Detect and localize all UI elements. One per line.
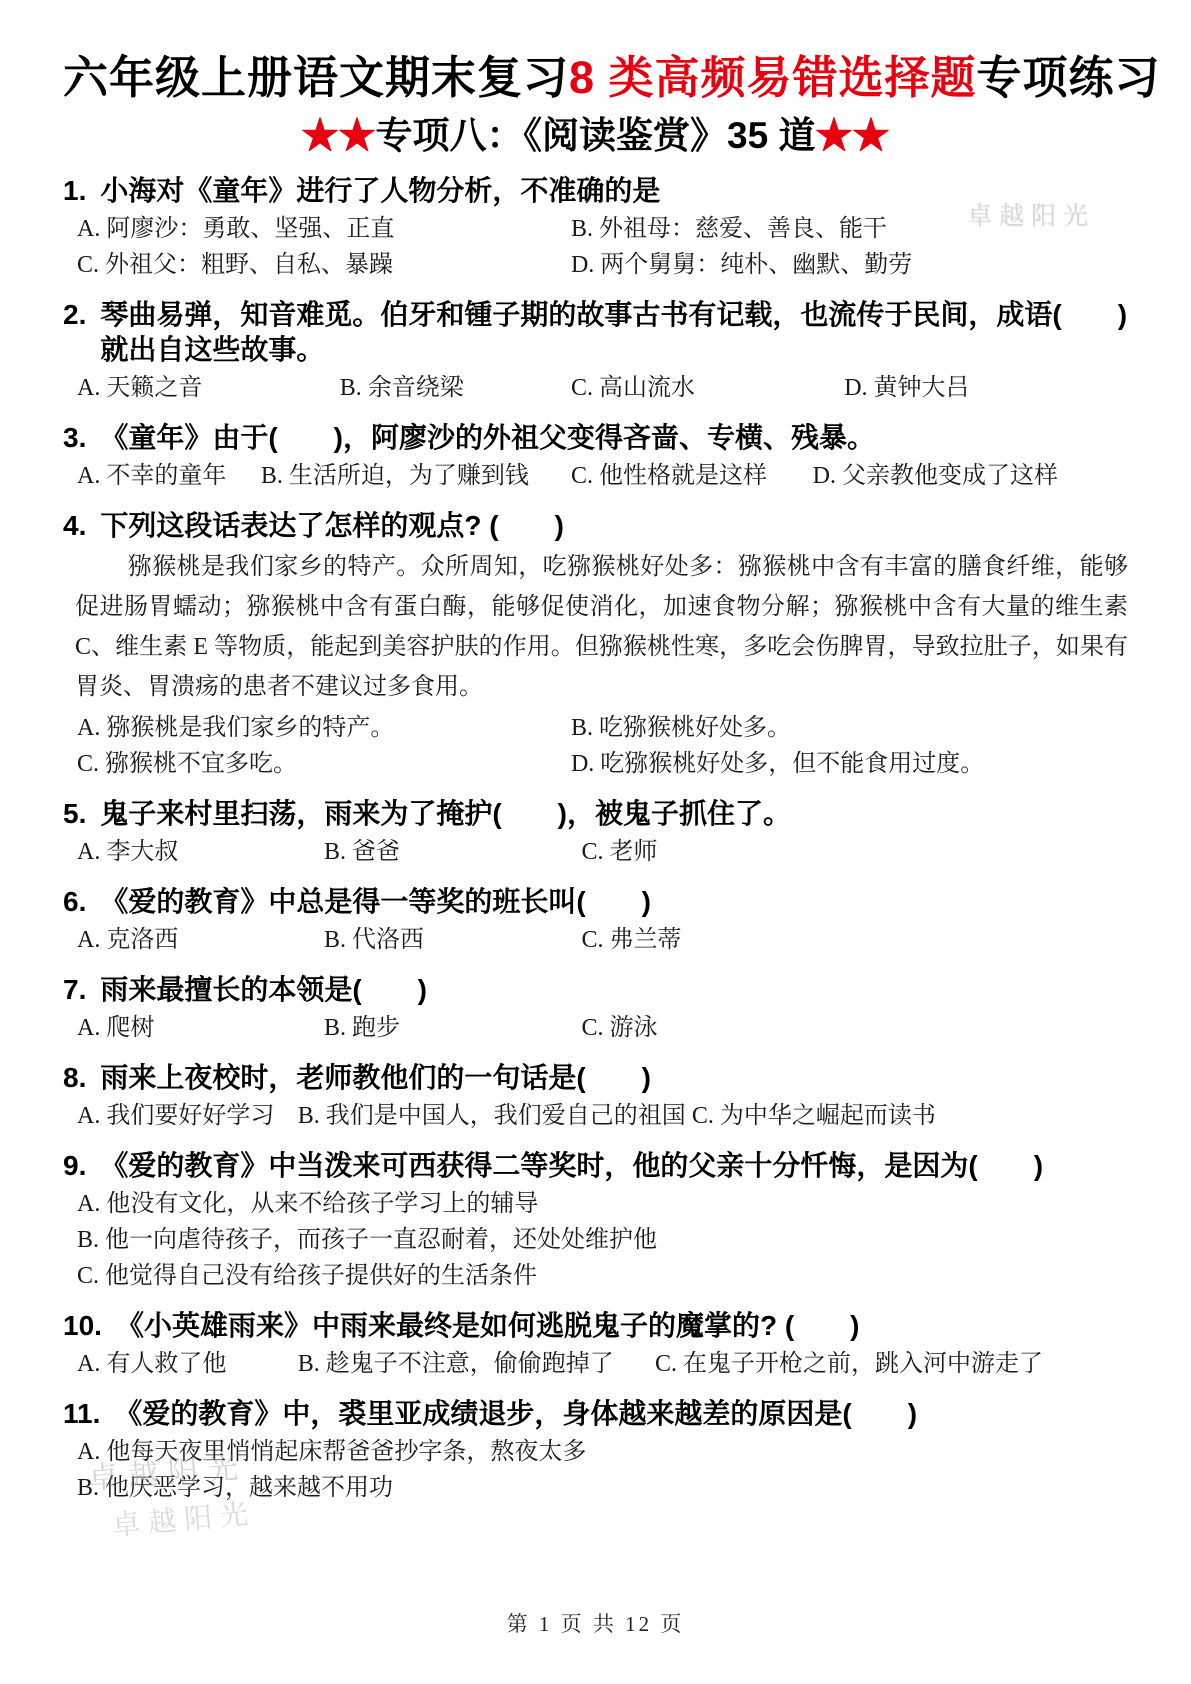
title-part3: 专项练习 [977, 52, 1161, 103]
option-c: C. 他觉得自己没有给孩子提供好的生活条件 [77, 1258, 1128, 1294]
question-text: 琴曲易弹，知音难觅。伯牙和锺子期的故事古书有记载，也流传于民间，成语( )就出自… [100, 297, 1128, 367]
option-a: A. 不幸的童年 [77, 458, 261, 494]
option-c: C. 高山流水 [571, 370, 844, 406]
question-6: 6. 《爱的教育》中总是得一等奖的班长叫( ) A. 克洛西 B. 代洛西 C.… [63, 884, 1128, 958]
question-number: 5. [63, 796, 86, 831]
question-stem: 9. 《爱的教育》中当泼来可西获得二等奖时，他的父亲十分忏悔，是因为( ) [63, 1148, 1128, 1183]
options-list: A. 有人救了他 B. 趁鬼子不注意，偷偷跑掉了 C. 在鬼子开枪之前，跳入河中… [77, 1346, 1128, 1382]
options-list: A. 爬树 B. 跑步 C. 游泳 [77, 1010, 1128, 1046]
question-text: 《爱的教育》中，裘里亚成绩退步，身体越来越差的原因是( ) [114, 1396, 1128, 1431]
reading-passage: 猕猴桃是我们家乡的特产。众所周知，吃猕猴桃好处多：猕猴桃中含有丰富的膳食纤维，能… [75, 547, 1128, 707]
option-a: A. 猕猴桃是我们家乡的特产。 [77, 710, 571, 746]
question-stem: 5. 鬼子来村里扫荡，雨来为了掩护( )，被鬼子抓住了。 [63, 796, 1128, 831]
option-d: D. 两个舅舅：纯朴、幽默、勤劳 [571, 247, 1128, 283]
option-b: B. 跑步 [324, 1010, 581, 1046]
option-a: A. 他没有文化，从来不给孩子学习上的辅导 [77, 1186, 1128, 1222]
question-2: 2. 琴曲易弹，知音难觅。伯牙和锺子期的故事古书有记载，也流传于民间，成语( )… [63, 297, 1128, 406]
subtitle-text: 专项八：《阅读鉴赏》35 道 [376, 115, 816, 156]
option-b: B. 他一向虐待孩子，而孩子一直忍耐着，还处处维护他 [77, 1222, 1128, 1258]
question-stem: 10. 《小英雄雨来》中雨来最终是如何逃脱鬼子的魔掌的? ( ) [63, 1308, 1128, 1343]
question-text-line1: 琴曲易弹，知音难觅。伯牙和锺子期的故事古书有记载，也流传于民间，成语( ) [100, 299, 1127, 330]
options-list: A. 李大叔 B. 爸爸 C. 老师 [77, 834, 1128, 870]
question-number: 7. [63, 972, 86, 1007]
option-d: D. 吃猕猴桃好处多，但不能食用过度。 [571, 746, 1128, 782]
option-b: B. 趁鬼子不注意，偷偷跑掉了 [298, 1346, 655, 1382]
page-number-footer: 第 1 页 共 12 页 [0, 1608, 1191, 1638]
question-number: 6. [63, 884, 86, 919]
stars-right-icon: ★★ [815, 115, 889, 156]
question-text: 雨来上夜校时，老师教他们的一句话是( ) [100, 1060, 1128, 1095]
option-c: C. 外祖父：粗野、自私、暴躁 [77, 247, 571, 283]
worksheet-page: { "colors": { "accent_red": "#e8000f", "… [0, 0, 1191, 1684]
question-stem: 2. 琴曲易弹，知音难觅。伯牙和锺子期的故事古书有记载，也流传于民间，成语( )… [63, 297, 1128, 367]
question-text-line2: 就出自这些故事。 [100, 332, 1128, 367]
question-text: 《爱的教育》中总是得一等奖的班长叫( ) [100, 884, 1128, 919]
option-b: B. 生活所迫，为了赚到钱 [261, 458, 571, 494]
stars-left-icon: ★★ [302, 115, 376, 156]
question-number: 8. [63, 1060, 86, 1095]
option-a: A. 克洛西 [77, 922, 324, 958]
question-text: 《爱的教育》中当泼来可西获得二等奖时，他的父亲十分忏悔，是因为( ) [100, 1148, 1128, 1183]
question-text: 《小英雄雨来》中雨来最终是如何逃脱鬼子的魔掌的? ( ) [116, 1308, 1128, 1343]
option-d: D. 父亲教他变成了这样 [813, 458, 1128, 494]
question-number: 3. [63, 420, 86, 455]
question-3: 3. 《童年》由于( )，阿廖沙的外祖父变得吝啬、专横、残暴。 A. 不幸的童年… [63, 420, 1128, 494]
question-number: 9. [63, 1148, 86, 1183]
section-subtitle: ★★专项八：《阅读鉴赏》35 道★★ [63, 113, 1128, 159]
option-c: C. 老师 [581, 834, 1128, 870]
question-stem: 6. 《爱的教育》中总是得一等奖的班长叫( ) [63, 884, 1128, 919]
question-number: 11. [63, 1396, 100, 1431]
question-8: 8. 雨来上夜校时，老师教他们的一句话是( ) A. 我们要好好学习 B. 我们… [63, 1060, 1128, 1134]
question-7: 7. 雨来最擅长的本领是( ) A. 爬树 B. 跑步 C. 游泳 [63, 972, 1128, 1046]
option-c: C. 弗兰蒂 [581, 922, 1128, 958]
options-list: A. 猕猴桃是我们家乡的特产。 B. 吃猕猴桃好处多。 C. 猕猴桃不宜多吃。 … [77, 710, 1128, 782]
option-c: C. 他性格就是这样 [571, 458, 813, 494]
question-number: 10. [63, 1308, 102, 1343]
question-number: 1. [63, 173, 86, 208]
option-a: A. 阿廖沙：勇敢、坚强、正直 [77, 211, 571, 247]
options-list: A. 我们要好好学习 B. 我们是中国人，我们爱自己的祖国 C. 为中华之崛起而… [77, 1098, 1128, 1134]
option-a: A. 天籁之音 [77, 370, 340, 406]
options-list: A. 天籁之音 B. 余音绕梁 C. 高山流水 D. 黄钟大吕 [77, 370, 1128, 406]
option-c: C. 游泳 [581, 1010, 1128, 1046]
question-stem: 11. 《爱的教育》中，裘里亚成绩退步，身体越来越差的原因是( ) [63, 1396, 1128, 1431]
question-text: 雨来最擅长的本领是( ) [100, 972, 1128, 1007]
option-c: C. 猕猴桃不宜多吃。 [77, 746, 571, 782]
option-b: B. 吃猕猴桃好处多。 [571, 710, 1128, 746]
option-b: B. 代洛西 [324, 922, 581, 958]
question-text: 《童年》由于( )，阿廖沙的外祖父变得吝啬、专横、残暴。 [100, 420, 1128, 455]
options-list: A. 他没有文化，从来不给孩子学习上的辅导 B. 他一向虐待孩子，而孩子一直忍耐… [77, 1186, 1128, 1294]
question-text: 下列这段话表达了怎样的观点? ( ) [100, 508, 1128, 543]
question-9: 9. 《爱的教育》中当泼来可西获得二等奖时，他的父亲十分忏悔，是因为( ) A.… [63, 1148, 1128, 1294]
question-5: 5. 鬼子来村里扫荡，雨来为了掩护( )，被鬼子抓住了。 A. 李大叔 B. 爸… [63, 796, 1128, 870]
option-b: B. 爸爸 [324, 834, 581, 870]
question-stem: 8. 雨来上夜校时，老师教他们的一句话是( ) [63, 1060, 1128, 1095]
option-b: B. 余音绕梁 [340, 370, 571, 406]
option-a: A. 爬树 [77, 1010, 324, 1046]
options-list: A. 克洛西 B. 代洛西 C. 弗兰蒂 [77, 922, 1128, 958]
watermark-top-right: 卓越阳光 [967, 196, 1095, 232]
option-c: C. 为中华之崛起而读书 [692, 1098, 1128, 1134]
question-10: 10. 《小英雄雨来》中雨来最终是如何逃脱鬼子的魔掌的? ( ) A. 有人救了… [63, 1308, 1128, 1382]
option-b: B. 我们是中国人，我们爱自己的祖国 [298, 1098, 692, 1134]
option-a: A. 我们要好好学习 [77, 1098, 298, 1134]
question-text: 鬼子来村里扫荡，雨来为了掩护( )，被鬼子抓住了。 [100, 796, 1128, 831]
question-number: 4. [63, 508, 86, 543]
option-a: A. 有人救了他 [77, 1346, 298, 1382]
question-stem: 3. 《童年》由于( )，阿廖沙的外祖父变得吝啬、专横、残暴。 [63, 420, 1128, 455]
option-d: D. 黄钟大吕 [844, 370, 1128, 406]
question-stem: 4. 下列这段话表达了怎样的观点? ( ) [63, 508, 1128, 543]
option-c: C. 在鬼子开枪之前，跳入河中游走了 [655, 1346, 1128, 1382]
title-part1: 六年级上册语文期末复习 [63, 52, 569, 103]
question-4: 4. 下列这段话表达了怎样的观点? ( ) 猕猴桃是我们家乡的特产。众所周知，吃… [63, 508, 1128, 782]
page-title: 六年级上册语文期末复习8 类高频易错选择题专项练习 [63, 52, 1128, 104]
question-stem: 7. 雨来最擅长的本领是( ) [63, 972, 1128, 1007]
option-a: A. 李大叔 [77, 834, 324, 870]
title-part2-red: 8 类高频易错选择题 [569, 52, 977, 103]
question-number: 2. [63, 297, 86, 367]
options-list: A. 不幸的童年 B. 生活所迫，为了赚到钱 C. 他性格就是这样 D. 父亲教… [77, 458, 1128, 494]
